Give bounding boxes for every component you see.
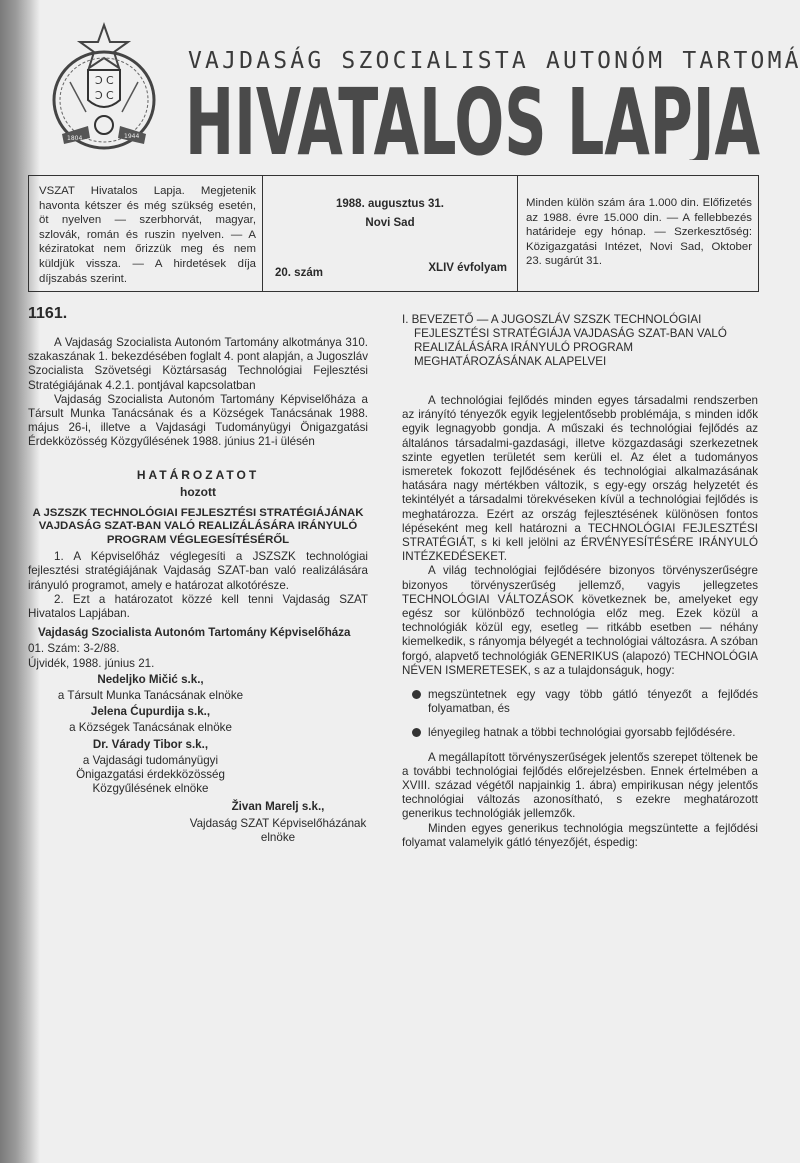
decision-point: 2. Ezt a határozatot közzé kell tenni Va… bbox=[28, 593, 368, 621]
svg-text:C: C bbox=[106, 74, 114, 87]
issue-details: 1988. augusztus 31. Novi Sad 20. szám XL… bbox=[262, 176, 518, 291]
generic-technology-properties: megszüntetnek egy vagy több gátló tényez… bbox=[402, 688, 758, 741]
svg-text:1944: 1944 bbox=[124, 133, 139, 140]
signatory-role: a Társult Munka Tanácsának elnöke bbox=[28, 689, 273, 703]
place-and-date: Újvidék, 1988. június 21. bbox=[28, 657, 368, 671]
list-item-text: megszüntetnek egy vagy több gátló tényez… bbox=[428, 688, 758, 715]
right-column: I. BEVEZETŐ — A JUGOSZLÁV SZSZK TECHNOLÓ… bbox=[402, 313, 758, 850]
body-paragraph: A technológiai fejlődés minden egyes tár… bbox=[402, 394, 758, 564]
bullet-icon bbox=[412, 728, 421, 737]
list-item-text: lényegileg hatnak a többi technológiai g… bbox=[428, 726, 735, 739]
publication-info-box: VSZAT Hivatalos Lapja. Megjetenik havont… bbox=[28, 175, 759, 292]
svg-text:HIVATALOS LAPJA: HIVATALOS LAPJA bbox=[185, 82, 760, 160]
decision-title: A JSZSZK TECHNOLÓGIAI FEJLESZTÉSI STRATÉ… bbox=[28, 507, 368, 548]
preamble-paragraph: Vajdaság Szocialista Autonóm Tartomány K… bbox=[28, 393, 368, 450]
masthead-title-art: HIVATALOS LAPJA bbox=[185, 82, 760, 160]
issue-city: Novi Sad bbox=[263, 217, 517, 229]
reference-number: 01. Szám: 3-2/88. bbox=[28, 642, 368, 656]
body-paragraph: A megállapított törvényszerűségek jelent… bbox=[402, 751, 758, 822]
left-column: 1161. A Vajdaság Szocialista Autonóm Tar… bbox=[28, 305, 368, 845]
subscription-info: Minden külön szám ára 1.000 din. Előfize… bbox=[518, 176, 758, 291]
subscription-text: Minden külön szám ára 1.000 din. Előfize… bbox=[526, 196, 752, 269]
issue-number: 20. szám bbox=[275, 267, 323, 279]
preamble-paragraph: A Vajdaság Szocialista Autonóm Tartomány… bbox=[28, 336, 368, 393]
issue-date: 1988. augusztus 31. bbox=[263, 198, 517, 210]
body-paragraph: Minden egyes generikus technológia megsz… bbox=[402, 822, 758, 850]
publication-terms-text: VSZAT Hivatalos Lapja. Megjetenik havont… bbox=[39, 184, 256, 286]
signatory-role: elnöke bbox=[168, 831, 388, 845]
signatory: Živan Marelj s.k., Vajdaság SZAT Képvise… bbox=[168, 800, 388, 845]
signatory: Nedeljko Mičić s.k., a Társult Munka Tan… bbox=[28, 673, 273, 703]
signatory-role: a Községek Tanácsának elnöke bbox=[28, 721, 273, 735]
section-title: I. BEVEZETŐ — A JUGOSZLÁV SZSZK TECHNOLÓ… bbox=[402, 313, 758, 369]
volume-number: XLIV évfolyam bbox=[428, 262, 507, 274]
body-paragraph: A világ technológiai fejlődésére bizonyo… bbox=[402, 564, 758, 678]
coat-of-arms-icon: Ͻ C Ͻ C 1804 1944 bbox=[40, 22, 168, 157]
bullet-icon bbox=[412, 690, 421, 699]
list-item: megszüntetnek egy vagy több gátló tényez… bbox=[402, 688, 758, 716]
signatory-name: Dr. Várady Tibor s.k., bbox=[28, 738, 273, 752]
decision-number: 1161. bbox=[28, 305, 368, 323]
svg-text:C: C bbox=[106, 89, 114, 102]
masthead-subtitle: VAJDASÁG SZOCIALISTA AUTONÓM TARTOMÁNY bbox=[188, 48, 758, 74]
svg-text:Ͻ: Ͻ bbox=[95, 74, 103, 87]
svg-text:1804: 1804 bbox=[67, 135, 82, 142]
signatory-role: Önigazgatási érdekközösség bbox=[28, 768, 273, 782]
signatory: Dr. Várady Tibor s.k., a Vajdasági tudom… bbox=[28, 738, 273, 797]
signatory: Jelena Ćupurdija s.k., a Községek Tanács… bbox=[28, 705, 273, 735]
decision-heading: HATÁROZATOT bbox=[28, 468, 368, 482]
masthead-title: HIVATALOS LAPJA bbox=[185, 82, 760, 160]
signatory-name: Nedeljko Mičić s.k., bbox=[28, 673, 273, 687]
signatory-role: Vajdaság SZAT Képviselőházának bbox=[168, 817, 388, 831]
issuer: Vajdaság Szocialista Autonóm Tartomány K… bbox=[28, 626, 368, 640]
svg-text:Ͻ: Ͻ bbox=[95, 89, 103, 102]
decision-subheading: hozott bbox=[28, 485, 368, 499]
publication-terms: VSZAT Hivatalos Lapja. Megjetenik havont… bbox=[28, 176, 262, 291]
signatory-name: Jelena Ćupurdija s.k., bbox=[28, 705, 273, 719]
signatory-role: Közgyűlésének elnöke bbox=[28, 782, 273, 796]
signatory-name: Živan Marelj s.k., bbox=[168, 800, 388, 814]
decision-point: 1. A Képviselőház véglegesíti a JSZSZK t… bbox=[28, 550, 368, 593]
list-item: lényegileg hatnak a többi technológiai g… bbox=[402, 726, 758, 740]
signatory-role: a Vajdasági tudományügyi bbox=[28, 754, 273, 768]
